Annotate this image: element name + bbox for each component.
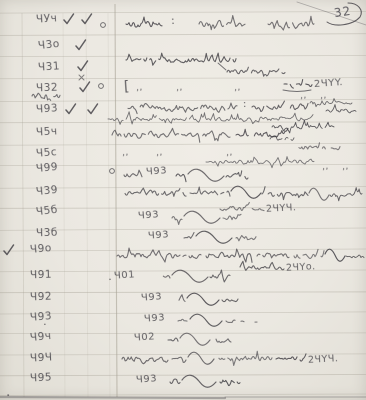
handwritten-word-stroke [262, 187, 308, 200]
handwritten-text: Ч01 [114, 270, 136, 281]
handwritten-word-stroke [206, 249, 252, 262]
handwritten-word-stroke [326, 105, 356, 113]
checkmark-icon [76, 40, 86, 50]
handwritten-word-stroke [122, 357, 168, 364]
handwritten-text: Ч02 [134, 332, 156, 343]
handwritten-word-stroke [294, 249, 324, 258]
handwritten-word-stroke [330, 188, 362, 201]
handwritten-word-stroke [310, 99, 352, 107]
handwritten-text: 2ЧYЧ. [266, 203, 297, 214]
ditto-swoosh-stroke [196, 231, 232, 243]
ledger-row [163, 270, 230, 282]
handwritten-text: Ч93 [144, 313, 166, 324]
ditto-swoosh-stroke [182, 375, 216, 387]
handwritten-word-stroke [219, 351, 272, 365]
handwritten-word-stroke [117, 248, 201, 262]
ditto-swoosh-stroke [325, 249, 345, 261]
handwritten-text: 2ЧYЧ. [308, 354, 339, 365]
handwritten-word-stroke [284, 80, 312, 89]
handwritten-word-stroke [128, 103, 237, 113]
serial-number: Ч99 [36, 162, 59, 175]
handwritten-word-stroke [236, 236, 256, 241]
handwritten-text: ,, [155, 149, 163, 159]
checkmark-icon [66, 104, 76, 114]
handwritten-text: - [254, 316, 259, 327]
ledger-row [76, 40, 285, 76]
handwritten-text: . [108, 271, 113, 282]
handwritten-text: ,, [321, 163, 329, 173]
ditto-swoosh-stroke [187, 293, 219, 305]
underline-stroke [283, 90, 311, 92]
handwritten-word-stroke [226, 320, 244, 322]
ledger-row [206, 157, 314, 168]
handwritten-text: Ч93 [138, 210, 160, 221]
ditto-swoosh-stroke [172, 270, 208, 282]
serial-number: Ч9ч [30, 331, 53, 344]
serial-number: Ч3б [36, 228, 58, 239]
handwritten-word-stroke [126, 53, 236, 65]
handwritten-text: Ч93 [146, 166, 168, 177]
handwritten-text: 2ЧYY. [314, 78, 344, 90]
serial-number: Ч93 [30, 311, 53, 323]
handwritten-word-stroke [220, 380, 240, 385]
serial-number: Ч93 [36, 103, 59, 115]
ditto-swoosh-stroke [309, 188, 329, 200]
serial-number: Ч92 [30, 292, 53, 303]
handwritten-word-stroke [223, 214, 241, 219]
handwritten-text: ,, [299, 92, 307, 102]
handwritten-word-stroke [168, 338, 178, 341]
handwritten-word-stroke [222, 299, 238, 302]
checkmark-icon [88, 104, 98, 114]
ditto-swoosh-stroke [190, 314, 222, 326]
handwritten-word-stroke [125, 188, 186, 196]
handwritten-word-stroke [270, 136, 294, 140]
handwritten-word-stroke [190, 187, 230, 196]
handwritten-text: ,, [233, 84, 241, 94]
handwritten-word-stroke [199, 16, 245, 30]
serial-number: Ч9Ч [30, 352, 53, 364]
handwritten-text: ,, [225, 149, 233, 159]
handwritten-word-stroke [226, 171, 248, 179]
ditto-swoosh-stroke [188, 352, 214, 364]
checkmark-icon [4, 245, 14, 255]
serial-number: Ч5б [35, 205, 58, 218]
bottom-edge-smudge [0, 397, 225, 398]
handwritten-word-stroke [268, 16, 314, 30]
handwritten-word-stroke [206, 157, 314, 168]
ledger-row [64, 14, 314, 30]
checkmark-icon [78, 61, 88, 71]
ledger-row [168, 333, 231, 345]
ledger-row [178, 314, 244, 326]
serial-number: Ч31 [38, 61, 61, 73]
ledger-row [66, 99, 356, 133]
checkmark-icon [64, 14, 74, 24]
handwritten-word-stroke [236, 128, 288, 137]
ledger-row [125, 186, 362, 210]
handwritten-word-stroke [179, 295, 185, 302]
page-corner-edge [297, 2, 366, 25]
serial-number: Ч39 [36, 185, 59, 198]
ditto-swoosh-stroke [180, 333, 210, 345]
ditto-swoosh-stroke [188, 169, 224, 181]
handwritten-text: : [243, 100, 247, 110]
handwritten-text: [ [124, 80, 131, 94]
handwritten-word-stroke [252, 101, 308, 111]
handwritten-word-stroke [240, 261, 284, 270]
handwritten-word-stroke [210, 270, 230, 282]
handwritten-word-stroke [346, 255, 364, 258]
ledger-row [112, 128, 340, 149]
handwritten-word-stroke [184, 233, 194, 239]
serial-number: Ч3о [37, 39, 60, 52]
serial-number: Ч5ч [36, 126, 58, 138]
serial-number: Ч32 [36, 83, 58, 94]
handwritten-word-stroke [124, 170, 142, 177]
serial-number: ЧУч [36, 13, 58, 25]
handwritten-text: 2ЧYо. [286, 262, 316, 273]
handwritten-word-stroke [176, 174, 186, 182]
handwritten-text: Ч93 [141, 292, 163, 303]
handwritten-text: ,, [319, 92, 327, 102]
x-mark-icon [79, 75, 84, 80]
page-number: 32 [333, 4, 352, 21]
handwritten-text: Ч93 [136, 374, 158, 385]
handwritten-word-stroke [216, 339, 231, 343]
checkmark-icon [80, 82, 90, 92]
ditto-swoosh-stroke [231, 186, 261, 198]
checkmark-icon [82, 14, 92, 24]
handwritten-text: Ч93 [148, 230, 170, 241]
handwritten-word-stroke [126, 17, 162, 27]
ink-dot: . [6, 386, 11, 399]
serial-number: Ч91 [30, 270, 52, 281]
small-circle-mark [101, 23, 106, 28]
handwritten-word-stroke [172, 357, 186, 362]
handwritten-text: : [171, 15, 176, 26]
handwritten-text: ,, [341, 163, 349, 173]
ledger-row [122, 351, 306, 365]
scanned-ledger-page: ЧУч:Ч3оЧ312ЧYY.Ч32[,,,,,,,,,,Ч93:Ч5чЧ5с,… [0, 0, 366, 400]
handwritten-word-stroke [257, 253, 289, 258]
serial-number: Ч9о [30, 243, 53, 255]
ledger-row [110, 169, 248, 182]
handwritten-text: ,, [135, 84, 143, 94]
handwritten-word-stroke [227, 67, 285, 76]
handwritten-text: ,, [175, 84, 183, 94]
serial-number: Ч5с [36, 147, 58, 159]
handwritten-word-stroke [276, 354, 306, 361]
handwritten-word-stroke [299, 143, 340, 150]
ledger-row [170, 375, 240, 387]
ditto-swoosh-stroke [184, 211, 220, 223]
handwritten-word-stroke [178, 319, 187, 321]
small-circle-mark [99, 84, 104, 89]
ledger-row [179, 293, 238, 305]
handwritten-word-stroke [163, 276, 170, 278]
handwritten-word-stroke [220, 203, 264, 211]
ledger-row [78, 61, 312, 92]
handwritten-text: ,, [121, 149, 129, 159]
handwritten-word-stroke [112, 128, 230, 142]
small-circle-mark [110, 169, 115, 174]
handwritten-word-stroke [170, 379, 180, 383]
handwritten-word-stroke [172, 217, 182, 225]
ledger-row [184, 231, 256, 243]
ledger-row [172, 211, 241, 224]
serial-number: Ч95 [30, 372, 53, 384]
handwritten-text: . [43, 316, 47, 327]
connector-line [218, 63, 226, 70]
handwritten-word-stroke [108, 112, 313, 125]
